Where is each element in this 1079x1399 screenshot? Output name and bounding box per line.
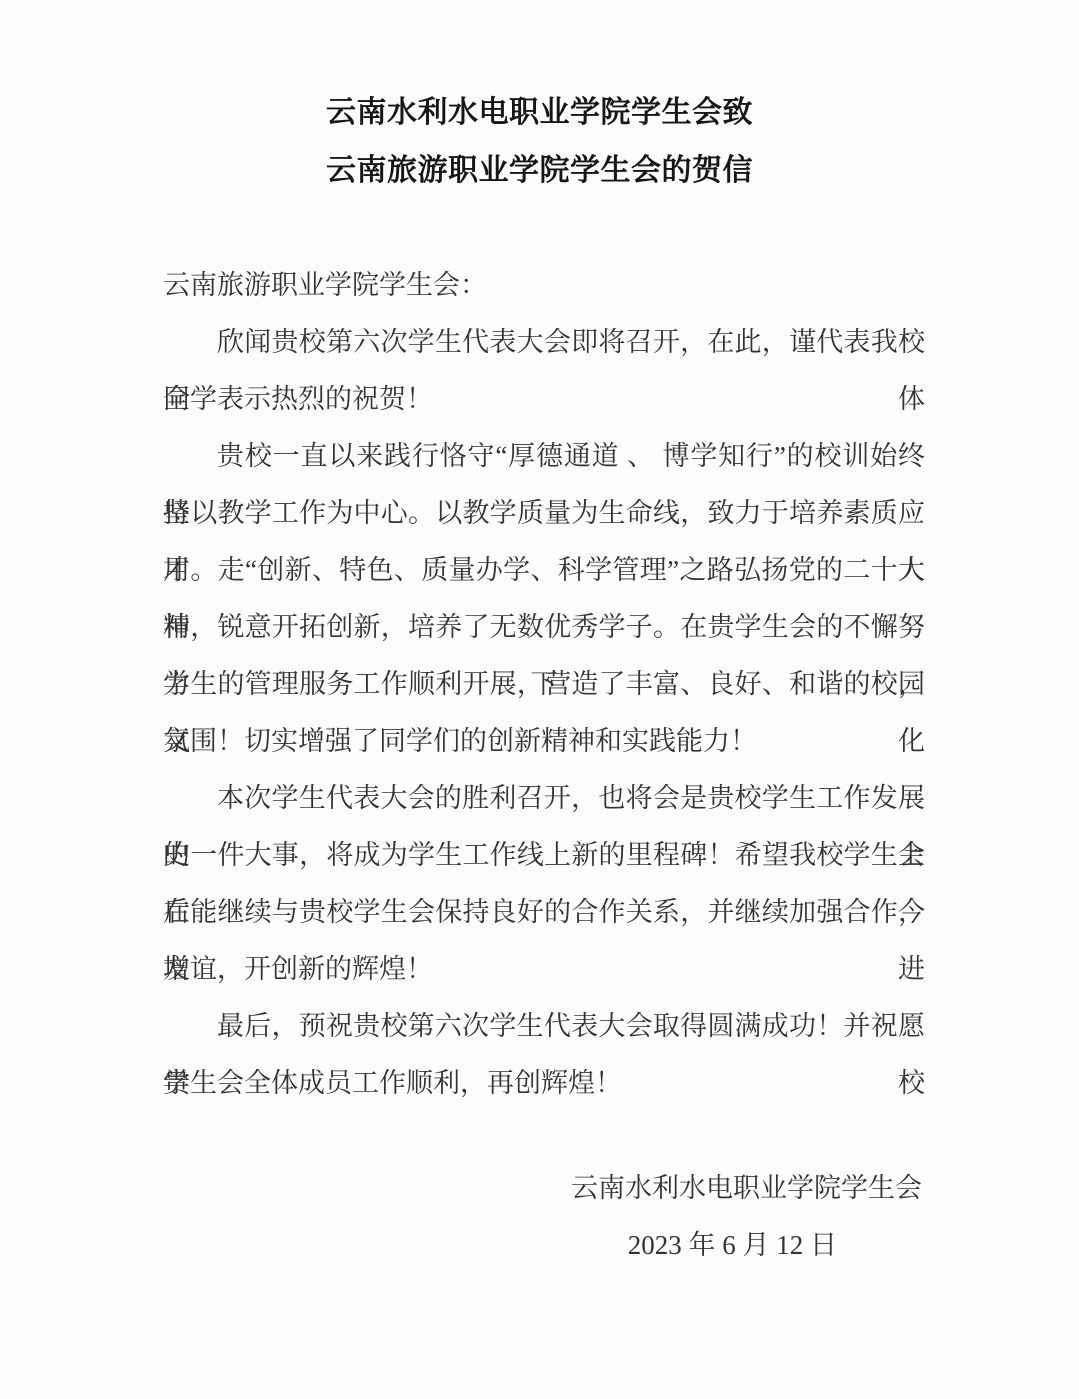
body-line: 最后，预祝贵校第六次学生代表大会取得圆满成功！并祝愿贵校 [163,998,925,1055]
letter-title: 云南水利水电职业学院学生会致 云南旅游职业学院学生会的贺信 [0,0,1079,200]
title-line-2: 云南旅游职业学院学生会的贺信 [0,142,1079,200]
letter-page: 云南水利水电职业学院学生会致 云南旅游职业学院学生会的贺信 云南旅游职业学院学生… [0,0,1079,1399]
salutation: 云南旅游职业学院学生会： [163,257,925,314]
body-line: 学生的管理服务工作顺利开展，营造了丰富、良好、和谐的校园文化 [163,656,925,713]
body-line: 的一件大事，将成为学生工作线上新的里程碑！希望我校学生会在今 [163,827,925,884]
body-line: 持以教学工作为中心。以教学质量为生命线，致力于培养素质应用人 [163,485,925,542]
title-line-1: 云南水利水电职业学院学生会致 [0,84,1079,142]
body-line: 才。走“创新、特色、质量办学、科学管理”之路弘扬党的二十大精 [163,542,925,599]
body-line: 神，锐意开拓创新，培养了无数优秀学子。在贵学生会的不懈努力下， [163,599,925,656]
body-line: 欣闻贵校第六次学生代表大会即将召开，在此，谨代表我校全体 [163,314,925,371]
signature: 云南水利水电职业学院学生会 [0,1160,1079,1217]
body-line: 本次学生代表大会的胜利召开，也将会是贵校学生工作发展史上 [163,770,925,827]
body-line: 后能继续与贵校学生会保持良好的合作关系，并继续加强合作，增进 [163,884,925,941]
date-line: 2023 年 6 月 12 日 [0,1217,1079,1274]
body-line: 贵校一直以来践行恪守“厚德通道 、 博学知行”的校训始终坚 [163,428,925,485]
letter-body: 云南旅游职业学院学生会： 欣闻贵校第六次学生代表大会即将召开，在此，谨代表我校全… [0,257,1079,1112]
